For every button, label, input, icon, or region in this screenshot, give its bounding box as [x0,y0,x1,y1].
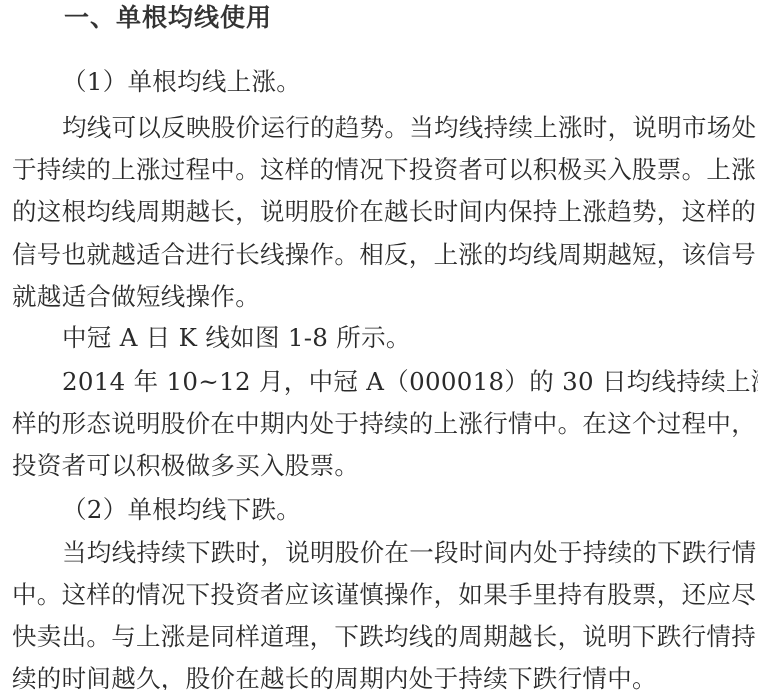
subsection-title-falling: （2）单根均线下跌。 [62,495,748,525]
section-heading: 一、单根均线使用 [64,2,272,34]
figure-reference: 中冠 A 日 K 线如图 1-8 所示。 [62,323,748,353]
subsection-title-rising: （1）单根均线上涨。 [62,67,748,97]
document-page: 一、单根均线使用 （1）单根均线上涨。 均线可以反映股价运行的趋势。当均线持续上… [0,0,758,690]
text-line: 信号也就越适合进行长线操作。相反，上涨的均线周期越短，该信号 [12,240,748,270]
text-line: 当均线持续下跌时，说明股价在一段时间内处于持续的下跌行情 [62,538,748,568]
text-line: 的这根均线周期越长，说明股价在越长时间内保持上涨趋势，这样的 [12,197,748,227]
text-line: 均线可以反映股价运行的趋势。当均线持续上涨时，说明市场处 [62,113,748,143]
text-line: 中。这样的情况下投资者应该谨慎操作，如果手里持有股票，还应尽 [12,580,748,610]
text-line: 快卖出。与上涨是同样道理，下跌均线的周期越长，说明下跌行情持 [12,622,748,652]
text-line: 就越适合做短线操作。 [12,282,748,312]
text-line: 投资者可以积极做多买入股票。 [12,451,748,481]
text-line: 于持续的上涨过程中。这样的情况下投资者可以积极买入股票。上涨 [12,155,748,185]
text-line: 样的形态说明股价在中期内处于持续的上涨行情中。在这个过程中， [12,409,748,439]
text-line: 2014 年 10~12 月，中冠 A（000018）的 30 日均线持续上涨。… [62,367,748,397]
text-line: 续的时间越久，股价在越长的周期内处于持续下跌行情中。 [12,664,748,690]
